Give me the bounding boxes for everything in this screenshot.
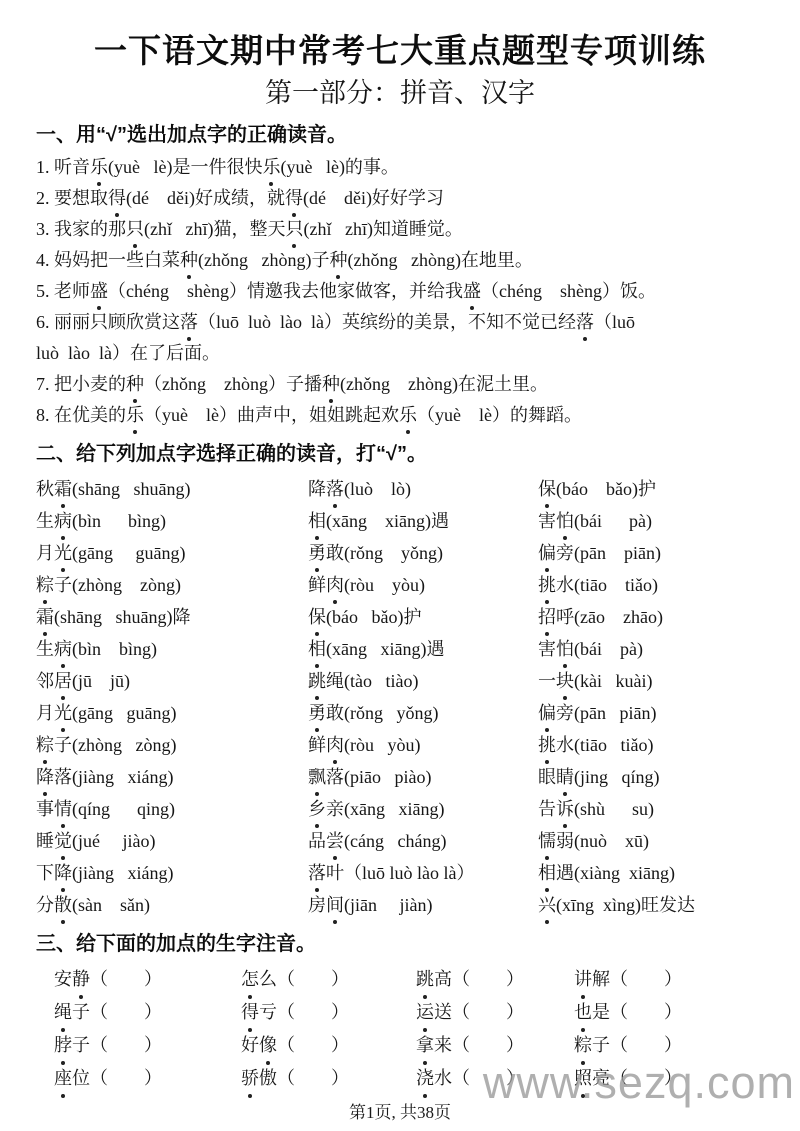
question-line-7: 7. 把小麦的种（zhǒng zhòng）子播种(zhǒng zhòng)在泥土… (36, 369, 764, 400)
pinyin-choice-item: 害怕(bái pà) (538, 633, 780, 665)
pinyin-choice-item: 鲜肉(ròu yòu) (308, 729, 538, 761)
pinyin-choice-item: 一块(kài kuài) (538, 665, 780, 697)
pinyin-choice-item: 保(báo bǎo)护 (538, 473, 780, 505)
pinyin-choice-item: 飘落(piāo piào) (308, 761, 538, 793)
pinyin-choice-item: 分散(sàn sǎn) (36, 889, 308, 921)
section1-heading: 一、用“√”选出加点字的正确读音。 (0, 120, 800, 150)
pinyin-choice-item: 粽子(zhòng zòng) (36, 729, 308, 761)
section2-columns: 秋霜(shāng shuāng)生病(bìn bìng)月光(gāng guān… (0, 471, 800, 921)
pinyin-choice-item: 粽子(zhòng zòng) (36, 569, 308, 601)
pinyin-choice-item: 勇敢(rǒng yǒng) (308, 537, 538, 569)
pinyin-choice-item: 降落(luò lò) (308, 473, 538, 505)
annotate-word-cell: 骄傲（ ） (241, 1062, 416, 1095)
pinyin-choice-item: 眼睛(jing qíng) (538, 761, 780, 793)
annotate-word-cell: 座位（ ） (54, 1062, 241, 1095)
pinyin-choice-item: 邻居(jū jū) (36, 665, 308, 697)
pinyin-choice-item: 害怕(bái pà) (538, 505, 780, 537)
part-subtitle: 第一部分：拼音、汉字 (0, 74, 800, 112)
annotate-word-cell: 粽子（ ） (574, 1029, 780, 1062)
question-line-5: 5. 老师盛（chéng shèng）情邀我去他家做客，并给我盛（chéng s… (36, 276, 764, 307)
pinyin-choice-item: 月光(gāng guāng) (36, 697, 308, 729)
section3-heading: 三、给下面的加点的生字注音。 (0, 929, 800, 959)
annotate-word-cell: 怎么（ ） (241, 963, 416, 996)
question-line-1: 1. 听音乐(yuè lè)是一件很快乐(yuè lè)的事。 (36, 152, 764, 183)
pinyin-choice-item: 勇敢(rǒng yǒng) (308, 697, 538, 729)
pinyin-choice-item: 下降(jiàng xiáng) (36, 857, 308, 889)
pinyin-choice-item: 保(báo bǎo)护 (308, 601, 538, 633)
pinyin-choice-item: 生病(bìn bìng) (36, 505, 308, 537)
annotate-word-cell: 安静（ ） (54, 963, 241, 996)
pinyin-choice-item: 月光(gāng guāng) (36, 537, 308, 569)
annotate-word-cell: 跳高（ ） (416, 963, 574, 996)
annotate-word-cell: 得亏（ ） (241, 996, 416, 1029)
pinyin-choice-item: 生病(bìn bìng) (36, 633, 308, 665)
pinyin-choice-item: 乡亲(xāng xiāng) (308, 793, 538, 825)
annotate-word-cell: 也是（ ） (574, 996, 780, 1029)
annotate-word-cell: 脖子（ ） (54, 1029, 241, 1062)
pinyin-choice-item: 挑水(tiāo tiǎo) (538, 569, 780, 601)
pinyin-choice-item: 相遇(xiàng xiāng) (538, 857, 780, 889)
pinyin-choice-item: 睡觉(jué jiào) (36, 825, 308, 857)
question-line-8: 8. 在优美的乐（yuè lè）曲声中，姐姐跳起欢乐（yuè lè）的舞蹈。 (36, 400, 764, 431)
annotate-word-cell: 运送（ ） (416, 996, 574, 1029)
pinyin-choice-item: 偏旁(pān piān) (538, 537, 780, 569)
pinyin-choice-item: 落叶（luō luò lào là） (308, 857, 538, 889)
pinyin-choice-item: 降落(jiàng xiáng) (36, 761, 308, 793)
pinyin-column-1: 秋霜(shāng shuāng)生病(bìn bìng)月光(gāng guān… (36, 473, 308, 921)
question-line-3: 3. 我家的那只(zhǐ zhī)猫，整天只(zhǐ zhī)知道睡觉。 (36, 214, 764, 245)
question-line-2: 2. 要想取得(dé děi)好成绩，就得(dé děi)好好学习 (36, 183, 764, 214)
question-line-4: 4. 妈妈把一些白菜种(zhǒng zhòng)子种(zhǒng zhòng)在… (36, 245, 764, 276)
worksheet-page: 一下语文期中常考七大重点题型专项训练 第一部分：拼音、汉字 一、用“√”选出加点… (0, 0, 800, 1131)
annotate-word-cell: 讲解（ ） (574, 963, 780, 996)
pinyin-choice-item: 招呼(zāo zhāo) (538, 601, 780, 633)
pinyin-choice-item: 品尝(cáng cháng) (308, 825, 538, 857)
section1-questions: 1. 听音乐(yuè lè)是一件很快乐(yuè lè)的事。 2. 要想取得(… (0, 152, 800, 431)
annotate-word-cell: 绳子（ ） (54, 996, 241, 1029)
annotate-word-cell: 拿来（ ） (416, 1029, 574, 1062)
section2-heading: 二、给下列加点字选择正确的读音，打“√”。 (0, 439, 800, 469)
annotate-word-cell: 好像（ ） (241, 1029, 416, 1062)
pinyin-choice-item: 偏旁(pān piān) (538, 697, 780, 729)
pinyin-choice-item: 相(xāng xiāng)遇 (308, 505, 538, 537)
pinyin-choice-item: 鲜肉(ròu yòu) (308, 569, 538, 601)
pinyin-column-3: 保(báo bǎo)护害怕(bái pà)偏旁(pān piān)挑水(tiāo… (538, 473, 780, 921)
section3-grid: 安静（ ）怎么（ ）跳高（ ）讲解（ ）绳子（ ）得亏（ ）运送（ ）也是（ ）… (0, 961, 800, 1095)
pinyin-choice-item: 跳绳(tào tiào) (308, 665, 538, 697)
pinyin-choice-item: 挑水(tiāo tiǎo) (538, 729, 780, 761)
pinyin-choice-item: 告诉(shù su) (538, 793, 780, 825)
question-line-6: 6. 丽丽只顾欣赏这落（luō luò lào là）英缤纷的美景，不知不觉已经… (36, 307, 764, 369)
page-number: 第1页, 共38页 (0, 1101, 800, 1125)
page-title: 一下语文期中常考七大重点题型专项训练 (0, 30, 800, 72)
pinyin-choice-item: 霜(shāng shuāng)降 (36, 601, 308, 633)
pinyin-choice-item: 兴(xīng xìng)旺发达 (538, 889, 780, 921)
pinyin-choice-item: 房间(jiān jiàn) (308, 889, 538, 921)
pinyin-choice-item: 懦弱(nuò xū) (538, 825, 780, 857)
pinyin-choice-item: 秋霜(shāng shuāng) (36, 473, 308, 505)
annotate-word-cell: 浇水（ ） (416, 1062, 574, 1095)
pinyin-choice-item: 事情(qíng qing) (36, 793, 308, 825)
pinyin-column-2: 降落(luò lò)相(xāng xiāng)遇勇敢(rǒng yǒng)鲜肉(… (308, 473, 538, 921)
pinyin-choice-item: 相(xāng xiāng)遇 (308, 633, 538, 665)
annotate-word-cell: 照亮（ ） (574, 1062, 780, 1095)
